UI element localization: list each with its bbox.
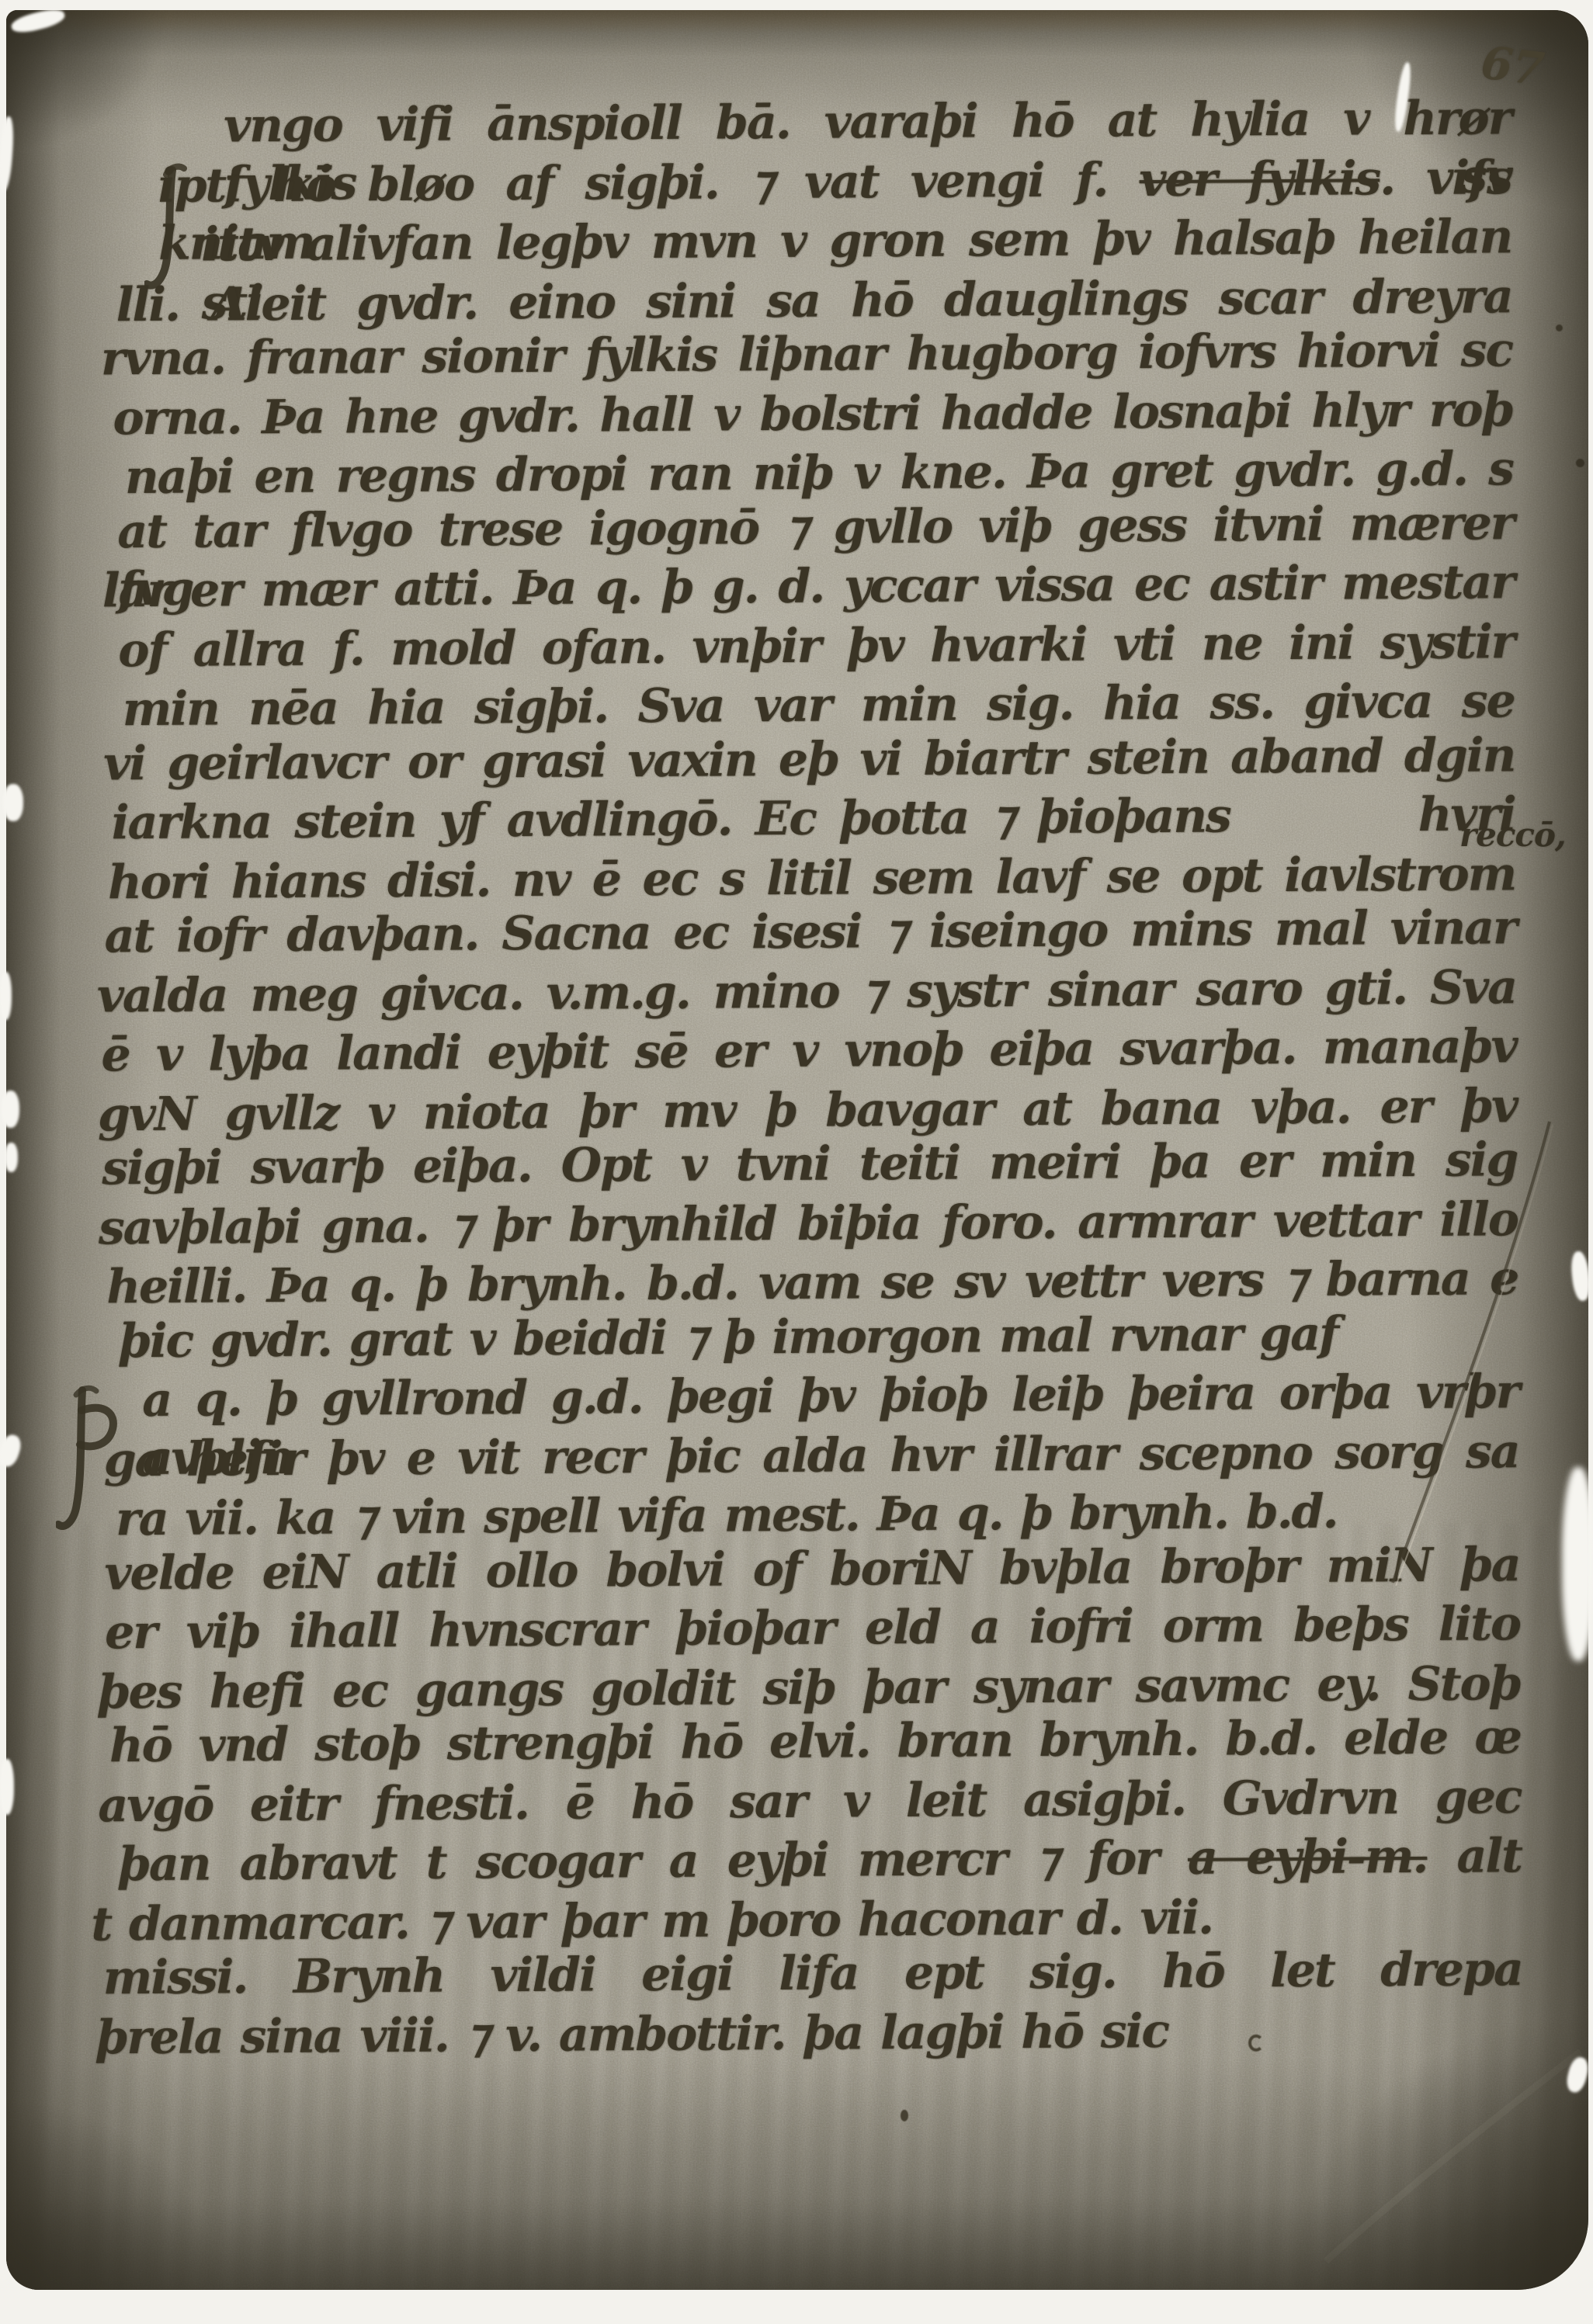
text-line: iarkna stein yf avdlingō. Ec þotta ⁊ þio… bbox=[82, 786, 1515, 852]
text-run: ipti hō bløo af sigþi. ⁊ vat vengi f. bbox=[158, 153, 1139, 213]
text-run: valda meg givca. v.m.g. mino ⁊ systr sin… bbox=[97, 960, 1516, 1023]
text-run: lar er mær atti. Þa q. þ g. d. yccar vis… bbox=[102, 555, 1514, 618]
text-run: ga hefir þv e vit recr þic alda hvr illr… bbox=[103, 1424, 1518, 1487]
text-line: ga hefir þv e vit recr þic alda hvr illr… bbox=[85, 1423, 1518, 1490]
edge-tear bbox=[5, 1143, 18, 1172]
text-line: ipti hō bløo af sigþi. ⁊ vat vengi f. ve… bbox=[78, 149, 1511, 216]
text-line: ittv alivfan legþv mvn v gron sem þv hal… bbox=[78, 208, 1511, 275]
edge-tear bbox=[0, 1759, 14, 1815]
text-line: hō vnd stoþ strengþi hō elvi. bran brynh… bbox=[88, 1708, 1521, 1775]
text-run: savþlaþi gna. ⁊ þr brynhild biþia foro. … bbox=[99, 1192, 1518, 1255]
ink-speck bbox=[1248, 2034, 1264, 2052]
manuscript-text: vngo vifi ānspioll bā. varaþi hō at hyli… bbox=[78, 92, 1522, 2066]
text-line: þrela sina viii. ⁊ v. ambottir. þa lagþi… bbox=[89, 2000, 1522, 2067]
text-run: hō vnd stoþ strengþi hō elvi. bran brynh… bbox=[109, 1710, 1521, 1773]
ink-speck bbox=[1576, 459, 1584, 467]
text-line: at tar flvgo trese igognō ⁊ gvllo viþ ge… bbox=[80, 494, 1513, 561]
text-line: þic gvdr. grat v beiddi ⁊ þ imorgon mal … bbox=[85, 1304, 1518, 1371]
text-run: er viþ ihall hvnscrar þioþar eld a iofri… bbox=[105, 1597, 1520, 1660]
text-run: of allra f. mold ofan. vnþir þv hvarki v… bbox=[118, 615, 1514, 678]
margin-note: reccō, bbox=[1459, 816, 1566, 854]
text-line: lar er mær atti. Þa q. þ g. d. yccar vis… bbox=[81, 553, 1514, 620]
text-line: vngo vifi ānspioll bā. varaþi hō at hyli… bbox=[78, 89, 1511, 156]
struck-text: a eyþi-m. bbox=[1188, 1830, 1428, 1885]
text-run: alt bbox=[1427, 1829, 1522, 1884]
text-line: orna. Þa hne gvdr. hall v bolstri hadde … bbox=[79, 381, 1512, 448]
text-line: vi geirlavcr or grasi vaxin eþ vi biartr… bbox=[82, 727, 1515, 793]
manuscript-photo: vngo vifi ānspioll bā. varaþi hō at hyli… bbox=[0, 0, 1593, 2324]
text-line: er viþ ihall hvnscrar þioþar eld a iofri… bbox=[87, 1595, 1520, 1662]
text-run: t danmarcar. ⁊ var þar m þoro haconar d.… bbox=[91, 1890, 1213, 1951]
folio-number: 67 bbox=[1478, 36, 1546, 95]
text-run: ē v lyþa landi eyþit sē er v vnoþ eiþa s… bbox=[101, 1019, 1516, 1082]
omission-gap bbox=[1230, 788, 1418, 843]
text-line: sigþi svarþ eiþa. Opt v tvni teiti meiri… bbox=[84, 1131, 1517, 1198]
text-line: missi. Brynh vildi eigi lifa ept sig. hō… bbox=[89, 1941, 1522, 2007]
edge-tear bbox=[0, 972, 12, 1020]
text-run: ra vii. ka ⁊ vin spell vifa mest. Þa q. … bbox=[116, 1485, 1338, 1547]
text-run: velde eiN atli ollo bolvi of boriN bvþla… bbox=[104, 1538, 1519, 1601]
text-run: sigþi svarþ eiþa. Opt v tvni teiti meiri… bbox=[102, 1133, 1517, 1195]
text-line: avgō eitr fnesti. ē hō sar v leit asigþi… bbox=[88, 1768, 1521, 1835]
text-line: of allra f. mold ofan. vnþir þv hvarki v… bbox=[81, 613, 1514, 680]
initial-thorn bbox=[56, 1382, 134, 1538]
text-line: rvna. franar sionir fylkis liþnar hugbor… bbox=[79, 321, 1512, 388]
edge-tear bbox=[2, 1091, 19, 1128]
text-line: velde eiN atli ollo bolvi of boriN bvþla… bbox=[86, 1536, 1519, 1603]
text-line: savþlaþi gna. ⁊ þr brynhild biþia foro. … bbox=[85, 1191, 1518, 1257]
edge-tear bbox=[1562, 1467, 1593, 1661]
text-run: rvna. franar sionir fylkis liþnar hugbor… bbox=[101, 323, 1512, 386]
edge-tear bbox=[3, 784, 23, 821]
text-run: þic gvdr. grat v beiddi ⁊ þ imorgon mal … bbox=[119, 1306, 1338, 1368]
text-run: þan abravt t scogar a eyþi mercr ⁊ for bbox=[118, 1831, 1189, 1892]
initial-l bbox=[144, 162, 199, 302]
text-run: avgō eitr fnesti. ē hō sar v leit asigþi… bbox=[98, 1770, 1521, 1833]
text-run: orna. Þa hne gvdr. hall v bolstri hadde … bbox=[113, 383, 1512, 446]
text-line: þan abravt t scogar a eyþi mercr ⁊ for a… bbox=[88, 1827, 1522, 1894]
text-run: þrela sina viii. ⁊ v. ambottir. þa lagþi… bbox=[95, 2003, 1168, 2064]
top-edge-tint bbox=[6, 10, 1588, 33]
ink-speck bbox=[1556, 324, 1563, 331]
ink-speck bbox=[901, 2110, 908, 2121]
text-line: valda meg givca. v.m.g. mino ⁊ systr sin… bbox=[83, 959, 1516, 1025]
text-line: a q. þ gvllrond g.d. þegi þv þioþ leiþ þ… bbox=[85, 1363, 1518, 1430]
text-run: missi. Brynh vildi eigi lifa ept sig. hō… bbox=[103, 1942, 1522, 2005]
parchment-page: vngo vifi ānspioll bā. varaþi hō at hyli… bbox=[6, 10, 1588, 2290]
text-line: ē v lyþa landi eyþit sē er v vnoþ eiþa s… bbox=[83, 1018, 1516, 1084]
text-run: vi geirlavcr or grasi vaxin eþ vi biartr… bbox=[103, 728, 1515, 791]
text-line: at iofr davþan. Sacna ec isesi ⁊ iseingo… bbox=[82, 899, 1515, 966]
text-run: at iofr davþan. Sacna ec isesi ⁊ iseingo… bbox=[104, 900, 1515, 963]
struck-text: ver fylkis bbox=[1139, 151, 1380, 207]
text-run: iarkna stein yf avdlingō. Ec þotta ⁊ þio… bbox=[111, 789, 1230, 850]
